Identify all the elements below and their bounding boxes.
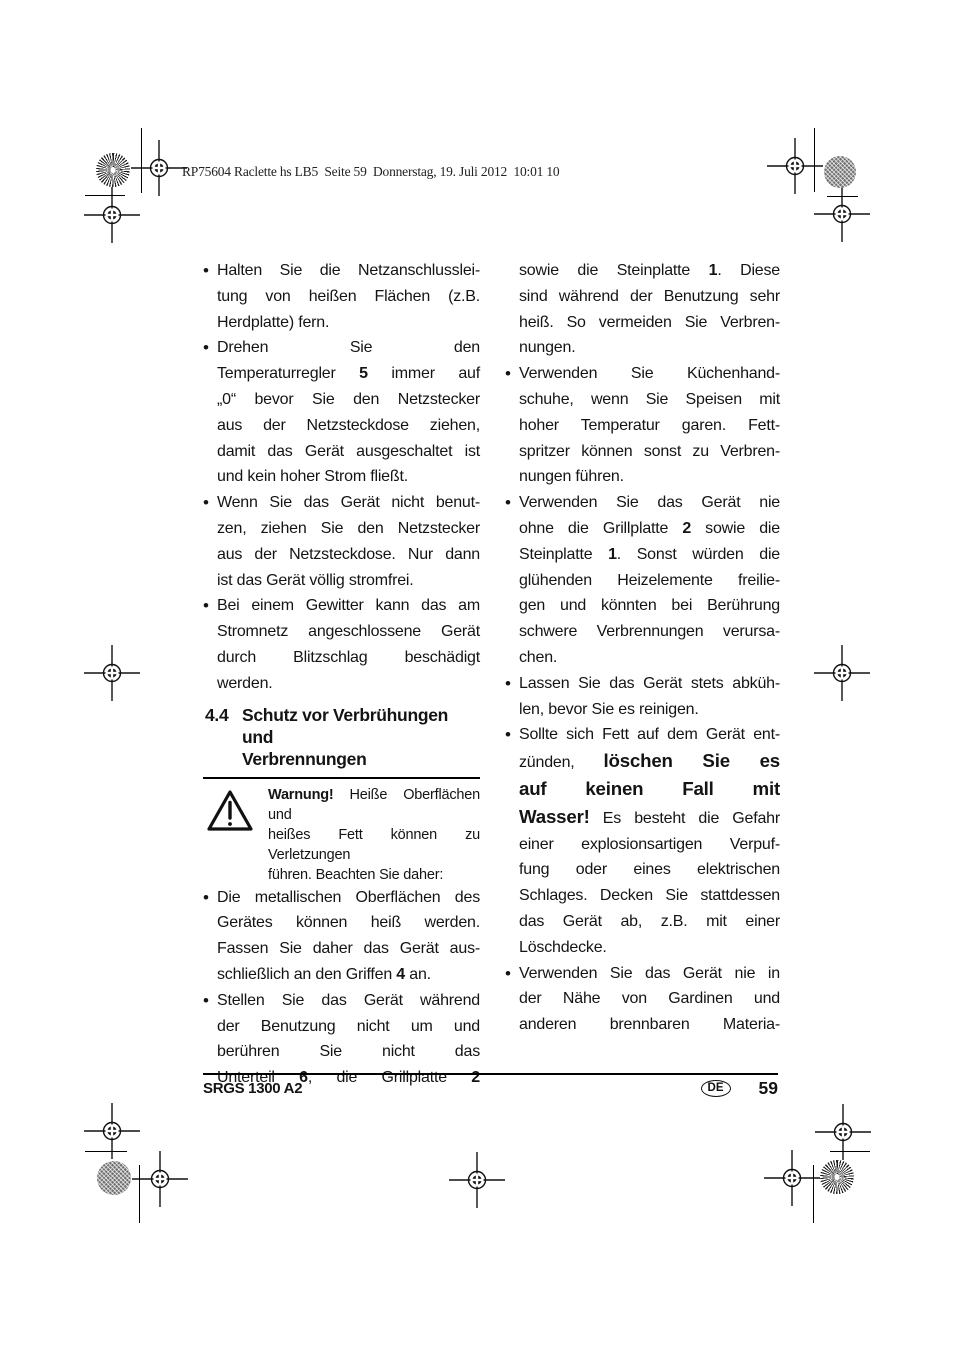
bullet-item: •Verwenden Sie das Gerät nieohne die Gri… [505,490,780,671]
bullet-marker: • [505,361,511,387]
text-line: nungen führen. [519,464,780,490]
registration-mark-icon [814,645,870,701]
text-line: heiß. So vermeiden Sie Verbren- [519,310,780,336]
text-line: aus der Netzsteckdose ziehen, [217,413,480,439]
text-line: Gerätes können heiß werden. [217,910,480,936]
registration-mark-icon [84,645,140,701]
bullet-marker: • [505,490,511,516]
crop-mark-line [139,1165,140,1223]
bullet-marker: • [505,722,511,748]
bullet-item: •Wenn Sie das Gerät nicht benut-zen, zie… [203,490,480,593]
crop-mark-line [85,195,125,196]
registration-mark-icon [764,1150,820,1206]
text-line: Schlages. Decken Sie stattdessen [519,883,780,909]
text-line: tung von heißen Flächen (z.B. [217,284,480,310]
text-line: Fassen Sie daher das Gerät aus- [217,936,480,962]
halftone-dot-mark-icon [97,1161,131,1195]
heading-rule [203,777,480,779]
text-line: Wasser! Es besteht die Gefahr [519,804,780,832]
language-badge: DE [701,1080,731,1097]
text-line: anderen brennbaren Materia- [519,1012,780,1038]
text-line: berühren Sie nicht das [217,1039,480,1065]
text-line: „0“ bevor Sie den Netzstecker [217,387,480,413]
text-line: damit das Gerät ausgeschaltet ist [217,439,480,465]
registration-mark-icon [449,1152,505,1208]
text-line: schuhe, wenn Sie Speisen mit [519,387,780,413]
text-line: werden. [217,671,480,697]
text-line: Bei einem Gewitter kann das am [217,593,480,619]
text-line: der Nähe von Gardinen und [519,986,780,1012]
crop-mark-line [827,196,858,197]
text-line: ohne die Grillplatte 2 sowie die [519,516,780,542]
halftone-dot-mark-icon [824,156,856,188]
text-line: Stellen Sie das Gerät während [217,988,480,1014]
text-line: Die metallischen Oberflächen des [217,885,480,911]
footer-rule [203,1073,778,1075]
text-line: schließlich an den Griffen 4 an. [217,962,480,988]
text-line: Verwenden Sie das Gerät nie in [519,961,780,987]
text-line: fung oder eines elektrischen [519,857,780,883]
registration-mark-icon [814,186,870,242]
model-number: SRGS 1300 A2 [203,1080,302,1097]
text-line: glühenden Heizelemente freilie- [519,568,780,594]
text-line: Warnung! Heiße Oberflächen und [268,785,480,825]
document-header-line: RP75604 Raclette hs LB5 Seite 59 Donners… [182,164,559,180]
text-line: Stromnetz angeschlossene Gerät [217,619,480,645]
text-line: Lassen Sie das Gerät stets abküh- [519,671,780,697]
bullet-item: •Stellen Sie das Gerät währendder Benutz… [203,988,480,1091]
starburst-ink-mark-icon [96,153,130,187]
text-line: Verwenden Sie das Gerät nie [519,490,780,516]
text-line: Sollte sich Fett auf dem Gerät ent- [519,722,780,748]
section-heading: 4.4Schutz vor Verbrühungen undVerbrennun… [203,704,480,779]
text-line: und kein hoher Strom fließt. [217,464,480,490]
text-line: Temperaturregler 5 immer auf [217,361,480,387]
section-number: 4.4 [203,704,242,770]
bullet-marker: • [203,335,209,361]
warning-triangle-icon [207,789,253,833]
section-heading-text: 4.4Schutz vor Verbrühungen undVerbrennun… [203,704,480,770]
bullet-item: •Verwenden Sie Küchenhand-schuhe, wenn S… [505,361,780,490]
text-line: Löschdecke. [519,935,780,961]
text-line: durch Blitzschlag beschädigt [217,645,480,671]
text-line: Drehen Sie den [217,335,480,361]
text-line: aus der Netzsteckdose. Nur dann [217,542,480,568]
text-line: heißes Fett können zu Verletzungen [268,825,480,865]
crop-mark-line [85,1151,127,1152]
text-line: hoher Temperatur garen. Fett- [519,413,780,439]
text-line: sind während der Benutzung sehr [519,284,780,310]
text-line: nungen. [519,335,780,361]
text-line: der Benutzung nicht um und [217,1014,480,1040]
bullet-marker: • [203,988,209,1014]
text-line: sowie die Steinplatte 1. Diese [519,258,780,284]
footer-right-group: DE 59 [701,1078,778,1099]
crop-mark-line [814,128,815,192]
text-line: gen und könnten bei Berührung [519,593,780,619]
bullet-item: •Drehen Sie denTemperaturregler 5 immer … [203,335,480,490]
text-line: zünden, löschen Sie es [519,748,780,776]
section-title: Schutz vor Verbrühungen undVerbrennungen [242,704,480,770]
bullet-item: •Die metallischen Oberflächen desGerätes… [203,885,480,988]
registration-mark-icon [132,1151,188,1207]
continuation-paragraph: sowie die Steinplatte 1. Diesesind währe… [505,258,780,361]
bullet-marker: • [203,593,209,619]
bullet-item: •Lassen Sie das Gerät stets abküh-len, b… [505,671,780,723]
bullet-item: •Halten Sie die Netzanschlusslei-tung vo… [203,258,480,335]
bullet-marker: • [203,885,209,911]
text-line: Herdplatte) fern. [217,310,480,336]
page-body: •Halten Sie die Netzanschlusslei-tung vo… [203,258,780,1091]
content-column-right: sowie die Steinplatte 1. Diesesind währe… [505,258,780,1091]
crop-mark-line [813,1165,814,1223]
text-line: Halten Sie die Netzanschlusslei- [217,258,480,284]
text-line: ist das Gerät völlig stromfrei. [217,568,480,594]
text-line: spritzer können sonst zu Verbren- [519,439,780,465]
text-line: zen, ziehen Sie den Netzstecker [217,516,480,542]
content-column-left: •Halten Sie die Netzanschlusslei-tung vo… [203,258,480,1091]
crop-mark-line [141,128,142,193]
text-line: auf keinen Fall mit [519,776,780,804]
page-number: 59 [759,1078,778,1099]
text-line: einer explosionsartigen Verpuf- [519,832,780,858]
text-line: Verbrennungen [242,748,480,770]
text-line: schwere Verbrennungen verursa- [519,619,780,645]
text-line: Steinplatte 1. Sonst würden die [519,542,780,568]
text-line: Wenn Sie das Gerät nicht benut- [217,490,480,516]
text-line: Schutz vor Verbrühungen und [242,704,480,748]
text-line: len, bevor Sie es reinigen. [519,697,780,723]
bullet-item: •Sollte sich Fett auf dem Gerät ent-zünd… [505,722,780,960]
bullet-marker: • [203,490,209,516]
text-line: Verwenden Sie Küchenhand- [519,361,780,387]
crop-mark-line [830,1151,870,1152]
bullet-marker: • [203,258,209,284]
warning-note: Warnung! Heiße Oberflächen undheißes Fet… [203,785,480,885]
text-line: chen. [519,645,780,671]
text-line: führen. Beachten Sie daher: [268,865,480,885]
text-line: das Gerät ab, z.B. mit einer [519,909,780,935]
bullet-item: •Verwenden Sie das Gerät nie inder Nähe … [505,961,780,1038]
page-footer: SRGS 1300 A2 DE 59 [203,1078,778,1099]
warning-text: Warnung! Heiße Oberflächen undheißes Fet… [268,785,480,885]
bullet-marker: • [505,961,511,987]
bullet-marker: • [505,671,511,697]
bullet-item: •Bei einem Gewitter kann das amStromnetz… [203,593,480,696]
starburst-ink-mark-icon [820,1160,854,1194]
